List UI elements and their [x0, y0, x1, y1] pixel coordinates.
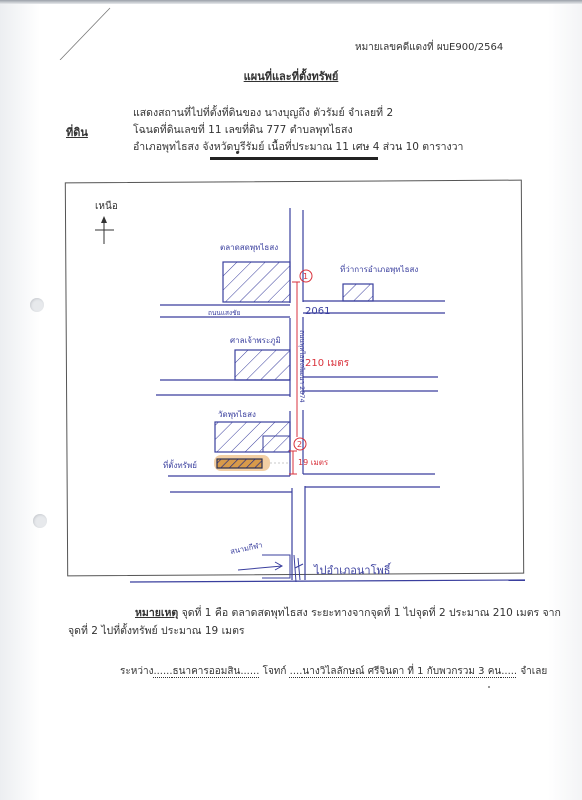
east-west-road-label: ถนนแสงชัย: [208, 309, 241, 317]
distance-p1-p2: 210 เมตร: [305, 358, 350, 369]
shrine-label: ศาลเจ้าพระภูมิ: [230, 336, 281, 346]
description-line-1: แสดงสถานที่ไปที่ตั้งที่ดินของ นางบุญถึง …: [133, 104, 393, 121]
property-hatch: [217, 459, 262, 468]
document-page: หมายเลขคดีแดงที่ ผบE900/2564 แผนที่และที…: [0, 0, 582, 800]
document-title: แผนที่และที่ตั้งทรัพย์: [0, 67, 582, 85]
temple-label: วัดพุทไธสง: [218, 410, 256, 419]
from-label: สนามกีฬา: [229, 540, 263, 556]
between-label: ระหว่าง: [120, 666, 153, 677]
shrine-building: [235, 350, 290, 380]
distance-p2-property: 19 เมตร: [298, 458, 329, 467]
east-west-roads: [130, 301, 525, 582]
defendant-label: จำเลย: [520, 666, 547, 677]
north-label: เหนือ: [95, 200, 118, 212]
punch-hole: [33, 514, 47, 528]
property-label: ที่ตั้งทรัพย์: [163, 459, 197, 470]
title-rule: [210, 157, 378, 160]
temple-building: [215, 422, 290, 452]
note-label: หมายเหตุ: [135, 607, 178, 619]
note-line-2: จุดที่ 2 ไปที่ตั้งทรัพย์ ประมาณ 19 เมตร: [68, 622, 245, 639]
plaintiff-name: ธนาคารออมสิน: [173, 666, 241, 677]
case-number: หมายเลขคดีแดงที่ ผบE900/2564: [355, 40, 503, 55]
north-arrow: เหนือ: [95, 200, 118, 244]
punch-hole: [30, 298, 44, 312]
scan-speck: [488, 686, 490, 688]
direction-arrow: [238, 555, 303, 582]
page-fold-line: [0, 0, 140, 60]
route-number-label: 2061: [305, 306, 330, 317]
description-line-3: อำเภอพุทไธสง จังหวัดบุรีรัมย์ เนื้อที่ปร…: [133, 138, 463, 155]
market-label: ตลาดสดพุทไธสง: [220, 243, 278, 252]
parties-line: ระหว่าง......ธนาคารออมสิน...... โจทก์ ..…: [120, 664, 547, 679]
description-line-2: โฉนดที่ดินเลขที่ 11 เลขที่ดิน 777 ตำบลพุ…: [133, 121, 353, 138]
bullet-dot: [236, 151, 239, 154]
district-office-building: [343, 284, 373, 301]
land-label: ที่ดิน: [66, 123, 88, 141]
market-building: [223, 262, 290, 302]
to-district-label: ไปอำเภอนาโพธิ์: [313, 562, 392, 577]
note-text-1: จุดที่ 1 คือ ตลาดสดพุทไธสง ระยะทางจากจุด…: [182, 607, 561, 619]
note-line-1: หมายเหตุ จุดที่ 1 คือ ตลาดสดพุทไธสง ระยะ…: [135, 604, 561, 621]
point-2-marker: 2: [297, 440, 302, 449]
plaintiff-label: โจทก์: [263, 666, 287, 677]
location-map: เหนือ: [60, 170, 530, 590]
point-1-marker: 1: [303, 272, 308, 281]
defendant-name: นางวิไลลักษณ์ ศรีจินดา ที่ 1 กับพวกรวม 3…: [302, 666, 501, 677]
district-office-label: ที่ว่าการอำเภอพุทไธสง: [340, 263, 418, 274]
